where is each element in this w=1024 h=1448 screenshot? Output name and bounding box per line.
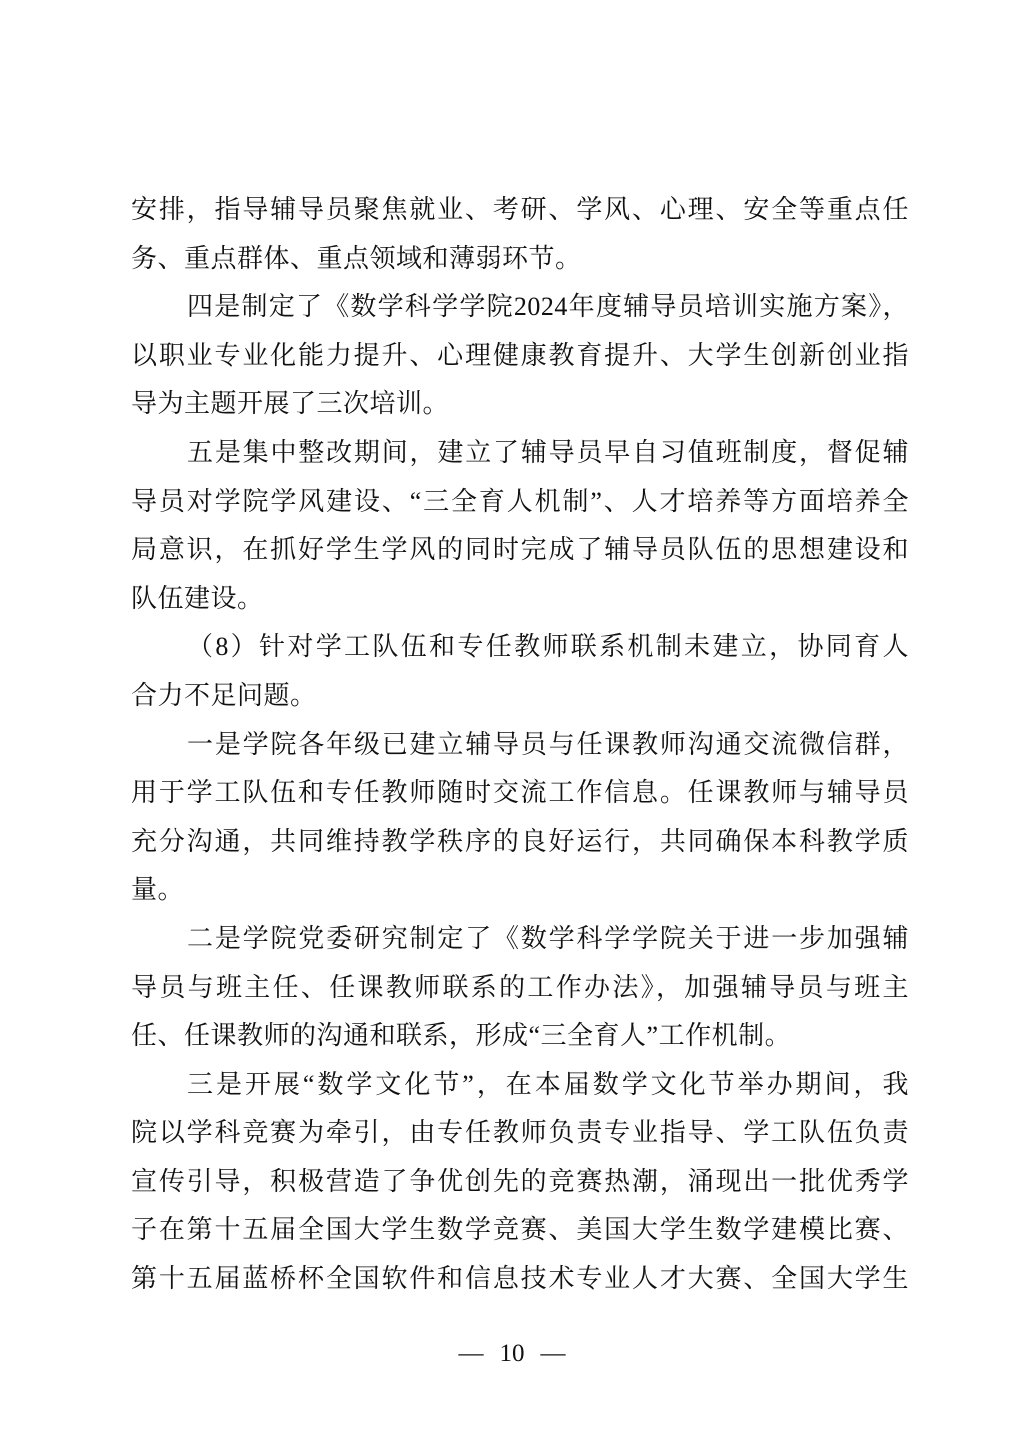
text-line: 子在第十五届全国大学生数学竞赛、美国大学生数学建模比赛、	[131, 1206, 909, 1255]
document-page: 安排，指导辅导员聚焦就业、考研、学风、心理、安全等重点任务、重点群体、重点领域和…	[0, 0, 1024, 1448]
text-line: 院以学科竞赛为牵引，由专任教师负责专业指导、学工队伍负责	[131, 1109, 909, 1158]
page-footer: — 10 —	[0, 1336, 1024, 1372]
text-line: 三是开展“数学文化节”，在本届数学文化节举办期间，我	[131, 1061, 909, 1110]
text-line: 局意识，在抓好学生学风的同时完成了辅导员队伍的思想建设和	[131, 526, 909, 575]
text-line: 量。	[131, 866, 909, 915]
paragraph: 一是学院各年级已建立辅导员与任课教师沟通交流微信群，用于学工队伍和专任教师随时交…	[131, 721, 909, 915]
text-line: 充分沟通，共同维持教学秩序的良好运行，共同确保本科教学质	[131, 818, 909, 867]
text-line: 四是制定了《数学科学学院2024年度辅导员培训实施方案》，	[131, 283, 909, 332]
footer-dash-left: —	[459, 1336, 484, 1372]
text-line: （8）针对学工队伍和专任教师联系机制未建立，协同育人	[131, 623, 909, 672]
document-body: 安排，指导辅导员聚焦就业、考研、学风、心理、安全等重点任务、重点群体、重点领域和…	[131, 186, 909, 1304]
paragraph: 三是开展“数学文化节”，在本届数学文化节举办期间，我院以学科竞赛为牵引，由专任教…	[131, 1061, 909, 1304]
paragraph: 安排，指导辅导员聚焦就业、考研、学风、心理、安全等重点任务、重点群体、重点领域和…	[131, 186, 909, 283]
paragraph: 五是集中整改期间，建立了辅导员早自习值班制度，督促辅导员对学院学风建设、“三全育…	[131, 429, 909, 623]
footer-dash-right: —	[541, 1336, 566, 1372]
text-line: 合力不足问题。	[131, 672, 909, 721]
text-line: 二是学院党委研究制定了《数学科学学院关于进一步加强辅	[131, 915, 909, 964]
text-line: 导员与班主任、任课教师联系的工作办法》，加强辅导员与班主	[131, 964, 909, 1013]
paragraph: 二是学院党委研究制定了《数学科学学院关于进一步加强辅导员与班主任、任课教师联系的…	[131, 915, 909, 1061]
text-line: 导为主题开展了三次培训。	[131, 380, 909, 429]
text-line: 五是集中整改期间，建立了辅导员早自习值班制度，督促辅	[131, 429, 909, 478]
text-line: 任、任课教师的沟通和联系，形成“三全育人”工作机制。	[131, 1012, 909, 1061]
paragraph: （8）针对学工队伍和专任教师联系机制未建立，协同育人合力不足问题。	[131, 623, 909, 720]
text-line: 导员对学院学风建设、“三全育人机制”、人才培养等方面培养全	[131, 478, 909, 527]
page-number: 10	[500, 1336, 525, 1372]
text-line: 以职业专业化能力提升、心理健康教育提升、大学生创新创业指	[131, 332, 909, 381]
text-line: 宣传引导，积极营造了争优创先的竞赛热潮，涌现出一批优秀学	[131, 1158, 909, 1207]
text-line: 安排，指导辅导员聚焦就业、考研、学风、心理、安全等重点任	[131, 186, 909, 235]
text-line: 一是学院各年级已建立辅导员与任课教师沟通交流微信群，	[131, 721, 909, 770]
text-line: 用于学工队伍和专任教师随时交流工作信息。任课教师与辅导员	[131, 769, 909, 818]
paragraph: 四是制定了《数学科学学院2024年度辅导员培训实施方案》，以职业专业化能力提升、…	[131, 283, 909, 429]
text-line: 务、重点群体、重点领域和薄弱环节。	[131, 235, 909, 284]
text-line: 第十五届蓝桥杯全国软件和信息技术专业人才大赛、全国大学生	[131, 1255, 909, 1304]
text-line: 队伍建设。	[131, 575, 909, 624]
